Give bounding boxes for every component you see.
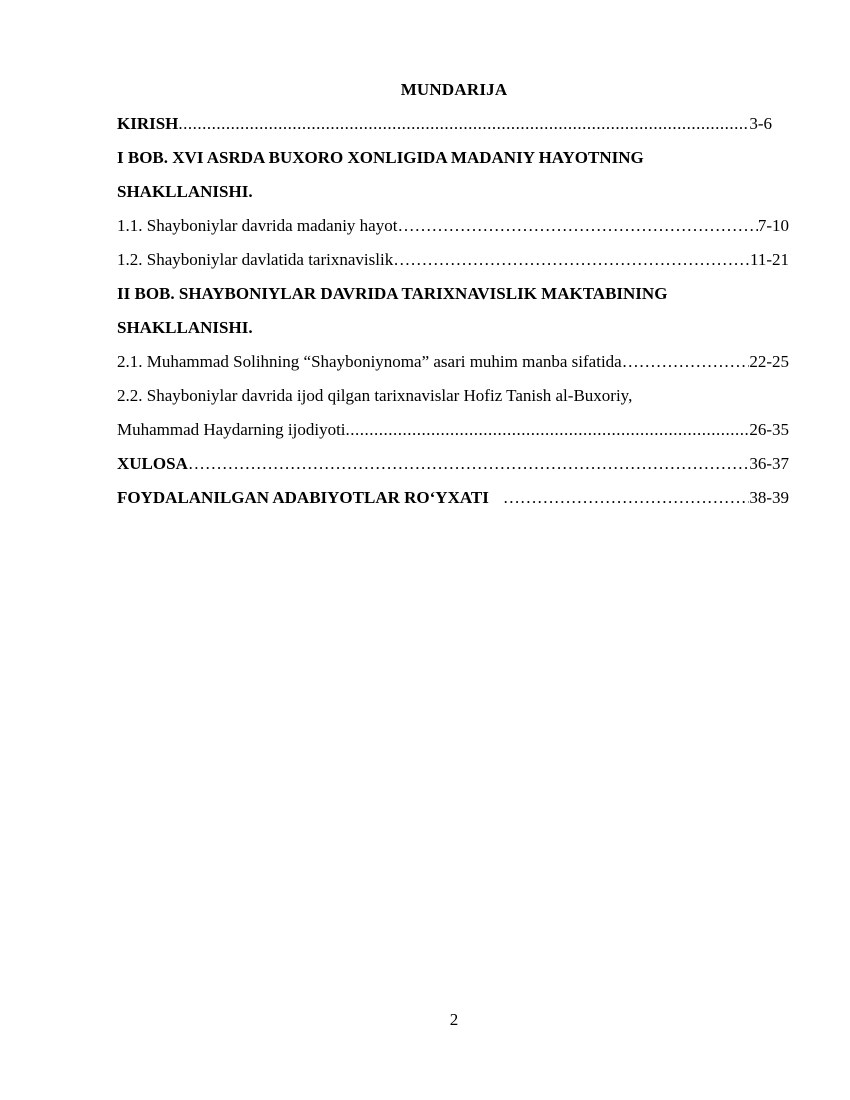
toc-entry-2-2[interactable]: 2.2. Shayboniylar davrida ijod qilgan ta… (117, 385, 789, 419)
toc-entry-pages: 3-6 (749, 113, 772, 135)
toc-entry-label: SHAKLLANISHI. (117, 182, 253, 201)
toc-entry-label: Muhammad Haydarning ijodiyoti (117, 419, 346, 441)
dot-leader (346, 419, 750, 441)
document-page: MUNDARIJA KIRISH 3-6 I BOB. XVI ASRDA BU… (0, 0, 850, 1100)
toc-entry-label: 2.1. Muhammad Solihning “Shayboniynoma” … (117, 351, 622, 373)
toc-entry-pages: 38-39 (749, 487, 789, 509)
toc-entry-pages: 11-21 (750, 249, 789, 271)
toc-entry-xulosa[interactable]: XULOSA 36-37 (117, 453, 789, 487)
toc-entry-label: 1.1. Shayboniylar davrida madaniy hayot (117, 215, 397, 237)
toc-chapter-1-heading-cont[interactable]: SHAKLLANISHI. (117, 181, 789, 215)
toc-entry-bibliography[interactable]: FOYDALANILGAN ADABIYOTLAR RO‘YXATI 38-39 (117, 487, 789, 521)
dot-leader (393, 249, 750, 271)
toc-entry-label: 2.2. Shayboniylar davrida ijod qilgan ta… (117, 386, 632, 405)
toc-entry-label: I BOB. XVI ASRDA BUXORO XONLIGIDA MADANI… (117, 148, 644, 167)
toc-entry-kirish[interactable]: KIRISH 3-6 (117, 113, 789, 147)
page-number: 2 (0, 1010, 850, 1030)
toc-entry-label: II BOB. SHAYBONIYLAR DAVRIDA TARIXNAVISL… (117, 284, 667, 303)
dot-leader (188, 453, 749, 475)
toc-entry-pages: 22-25 (749, 351, 789, 373)
table-of-contents: KIRISH 3-6 I BOB. XVI ASRDA BUXORO XONLI… (117, 113, 789, 521)
toc-chapter-1-heading[interactable]: I BOB. XVI ASRDA BUXORO XONLIGIDA MADANI… (117, 147, 789, 181)
toc-title: MUNDARIJA (0, 80, 850, 100)
toc-entry-label: KIRISH (117, 113, 178, 135)
dot-leader (622, 351, 750, 373)
toc-entry-label: SHAKLLANISHI. (117, 318, 253, 337)
toc-entry-label: FOYDALANILGAN ADABIYOTLAR RO‘YXATI (117, 487, 489, 509)
toc-entry-label: XULOSA (117, 453, 188, 475)
toc-entry-label: 1.2. Shayboniylar davlatida tarixnavisli… (117, 249, 393, 271)
toc-entry-pages: 36-37 (749, 453, 789, 475)
toc-entry-pages: 7-10 (758, 215, 789, 237)
toc-entry-1-1[interactable]: 1.1. Shayboniylar davrida madaniy hayot … (117, 215, 789, 249)
toc-chapter-2-heading[interactable]: II BOB. SHAYBONIYLAR DAVRIDA TARIXNAVISL… (117, 283, 789, 317)
dot-leader (178, 113, 749, 135)
toc-entry-2-1[interactable]: 2.1. Muhammad Solihning “Shayboniynoma” … (117, 351, 789, 385)
dot-leader (397, 215, 757, 237)
toc-entry-pages: 26-35 (749, 419, 789, 441)
toc-chapter-2-heading-cont[interactable]: SHAKLLANISHI. (117, 317, 789, 351)
dot-leader (503, 487, 750, 509)
toc-entry-2-2-cont[interactable]: Muhammad Haydarning ijodiyoti 26-35 (117, 419, 789, 453)
toc-entry-1-2[interactable]: 1.2. Shayboniylar davlatida tarixnavisli… (117, 249, 789, 283)
